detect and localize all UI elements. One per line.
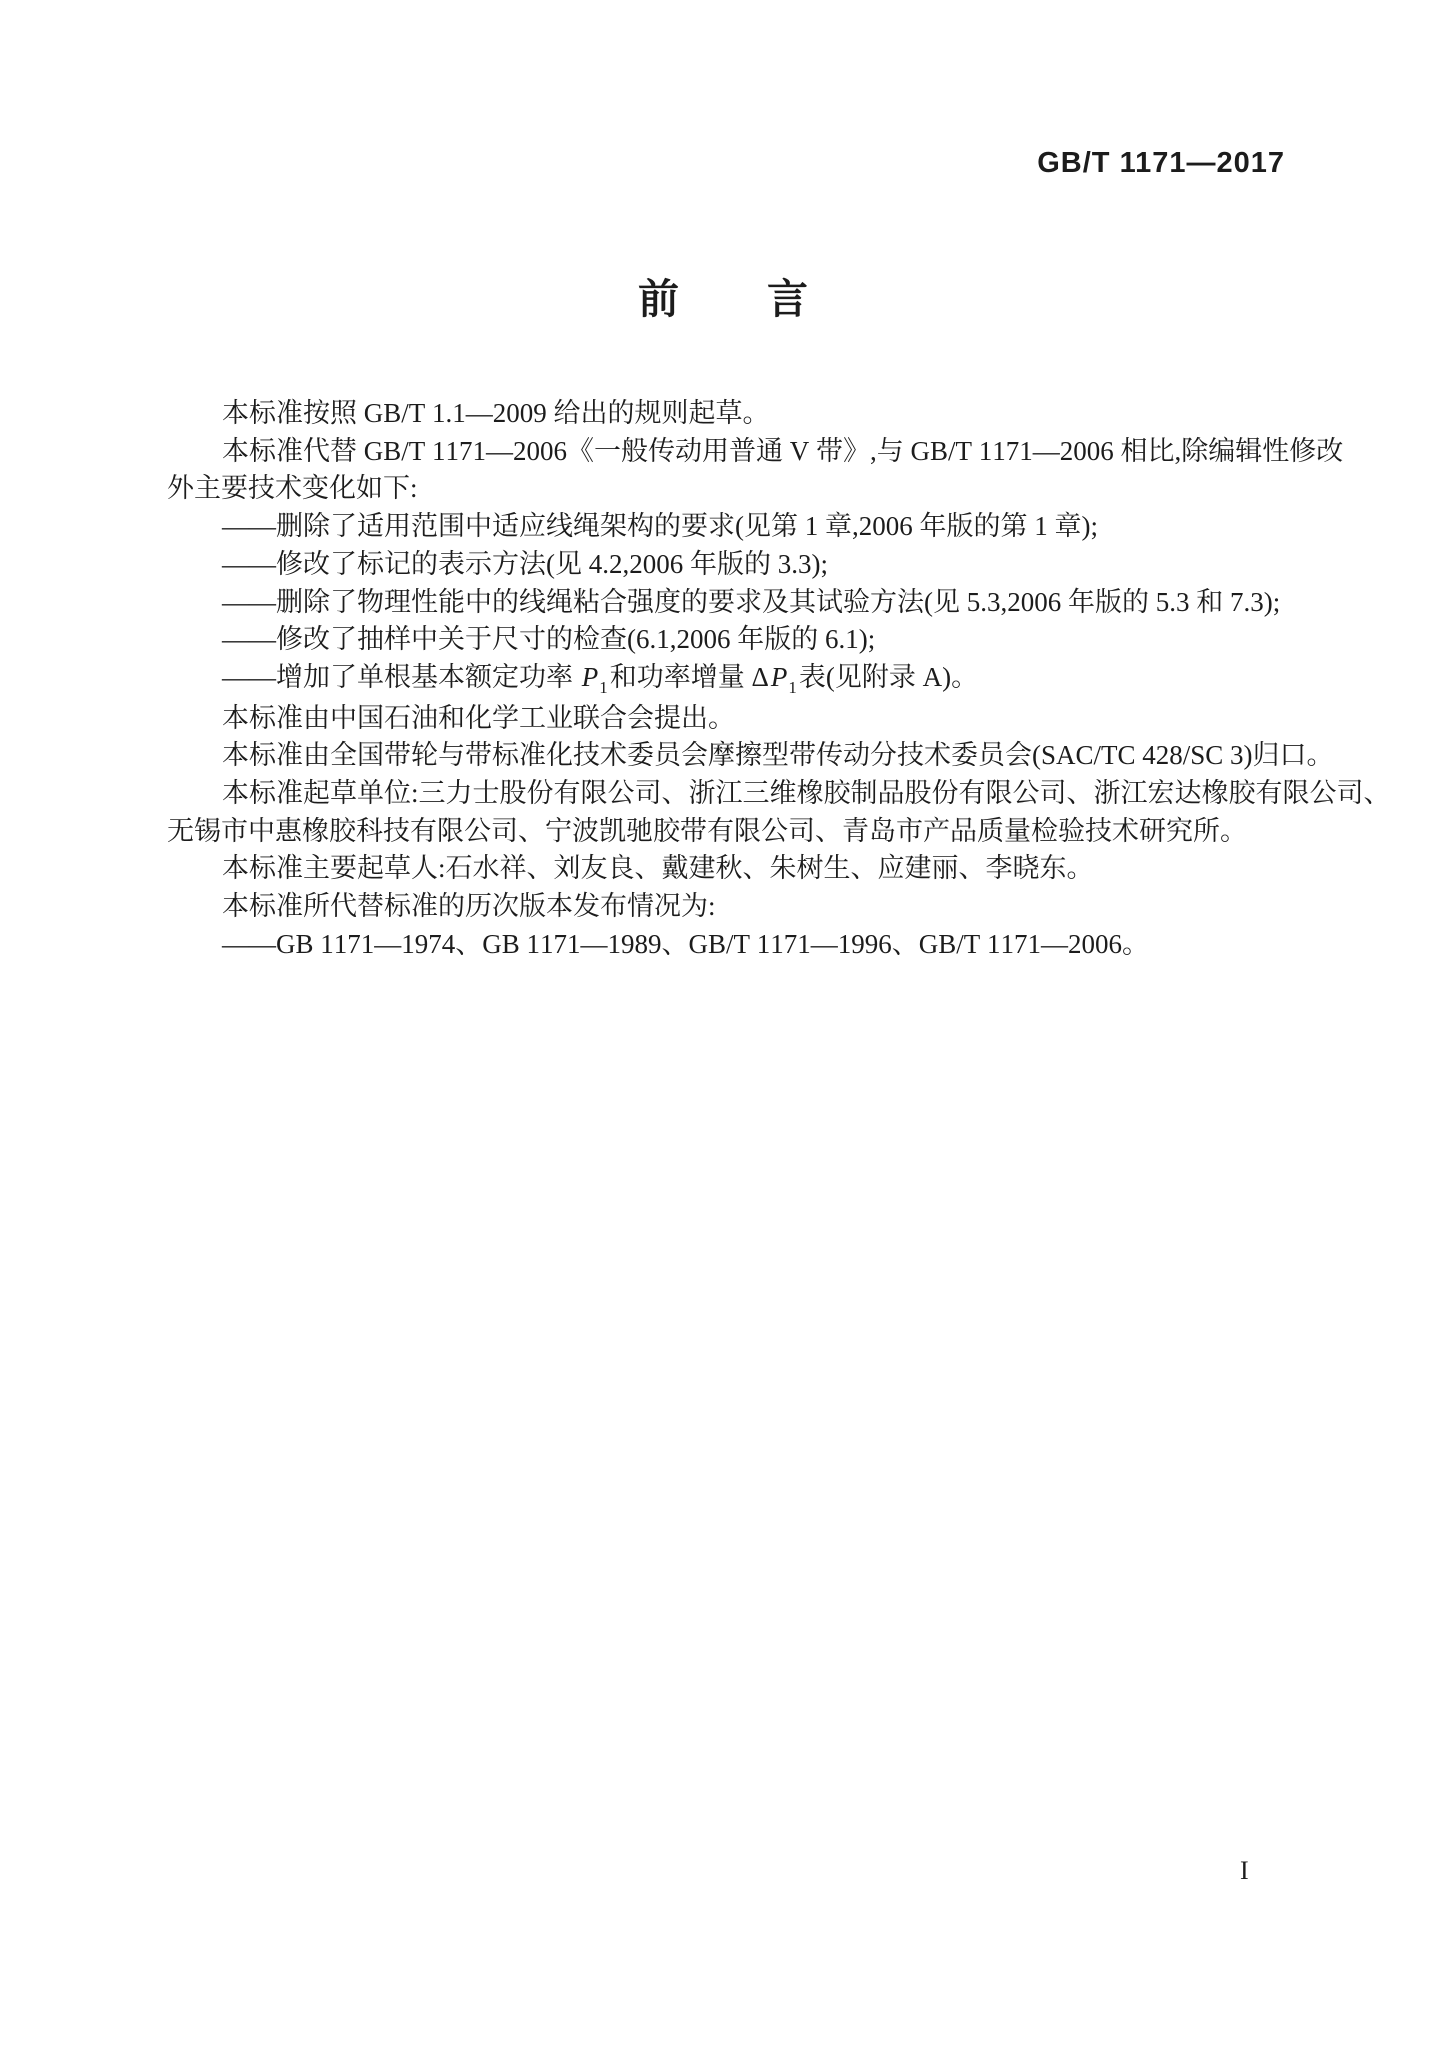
page-title: 前 言 — [0, 266, 1448, 325]
paragraph: ——删除了物理性能中的线绳粘合强度的要求及其试验方法(见 5.3,2006 年版… — [167, 584, 1342, 622]
paragraph: ——GB 1171—1974、GB 1171—1989、GB/T 1171—19… — [167, 926, 1342, 964]
text-segment: 表(见附录 A)。 — [799, 662, 978, 692]
paragraph: 本标准起草单位:三力士股份有限公司、浙江三维橡胶制品股份有限公司、浙江宏达橡胶有… — [167, 775, 1342, 813]
text-segment: P — [769, 662, 788, 692]
paragraph: 本标准所代替标准的历次版本发布情况为: — [167, 888, 1342, 926]
text-segment: 1 — [598, 678, 610, 697]
page-number: I — [1240, 1856, 1249, 1886]
paragraph: 无锡市中惠橡胶科技有限公司、宁波凯驰胶带有限公司、青岛市产品质量检验技术研究所。 — [167, 813, 1342, 851]
paragraph: 本标准代替 GB/T 1171—2006《一般传动用普通 V 带》,与 GB/T… — [167, 433, 1342, 471]
text-segment: ——增加了单根基本额定功率 — [222, 662, 580, 692]
paragraph: 本标准按照 GB/T 1.1—2009 给出的规则起草。 — [167, 395, 1342, 433]
paragraph: ——增加了单根基本额定功率 P1和功率增量 ΔP1表(见附录 A)。 — [167, 659, 1342, 700]
paragraph: 本标准由中国石油和化学工业联合会提出。 — [167, 700, 1342, 738]
text-segment: P — [580, 662, 599, 692]
text-segment: 1 — [787, 678, 799, 697]
text-segment: 和功率增量 Δ — [610, 662, 769, 692]
document-body: 本标准按照 GB/T 1.1—2009 给出的规则起草。本标准代替 GB/T 1… — [167, 395, 1342, 964]
standard-code: GB/T 1171—2017 — [1037, 147, 1285, 180]
paragraph: 本标准主要起草人:石水祥、刘友良、戴建秋、朱树生、应建丽、李晓东。 — [167, 850, 1342, 888]
paragraph: ——修改了抽样中关于尺寸的检查(6.1,2006 年版的 6.1); — [167, 621, 1342, 659]
document-page: GB/T 1171—2017 前 言 本标准按照 GB/T 1.1—2009 给… — [0, 0, 1448, 2048]
paragraph: 本标准由全国带轮与带标准化技术委员会摩擦型带传动分技术委员会(SAC/TC 42… — [167, 737, 1342, 775]
paragraph: 外主要技术变化如下: — [167, 470, 1342, 508]
paragraph: ——修改了标记的表示方法(见 4.2,2006 年版的 3.3); — [167, 546, 1342, 584]
paragraph: ——删除了适用范围中适应线绳架构的要求(见第 1 章,2006 年版的第 1 章… — [167, 508, 1342, 546]
